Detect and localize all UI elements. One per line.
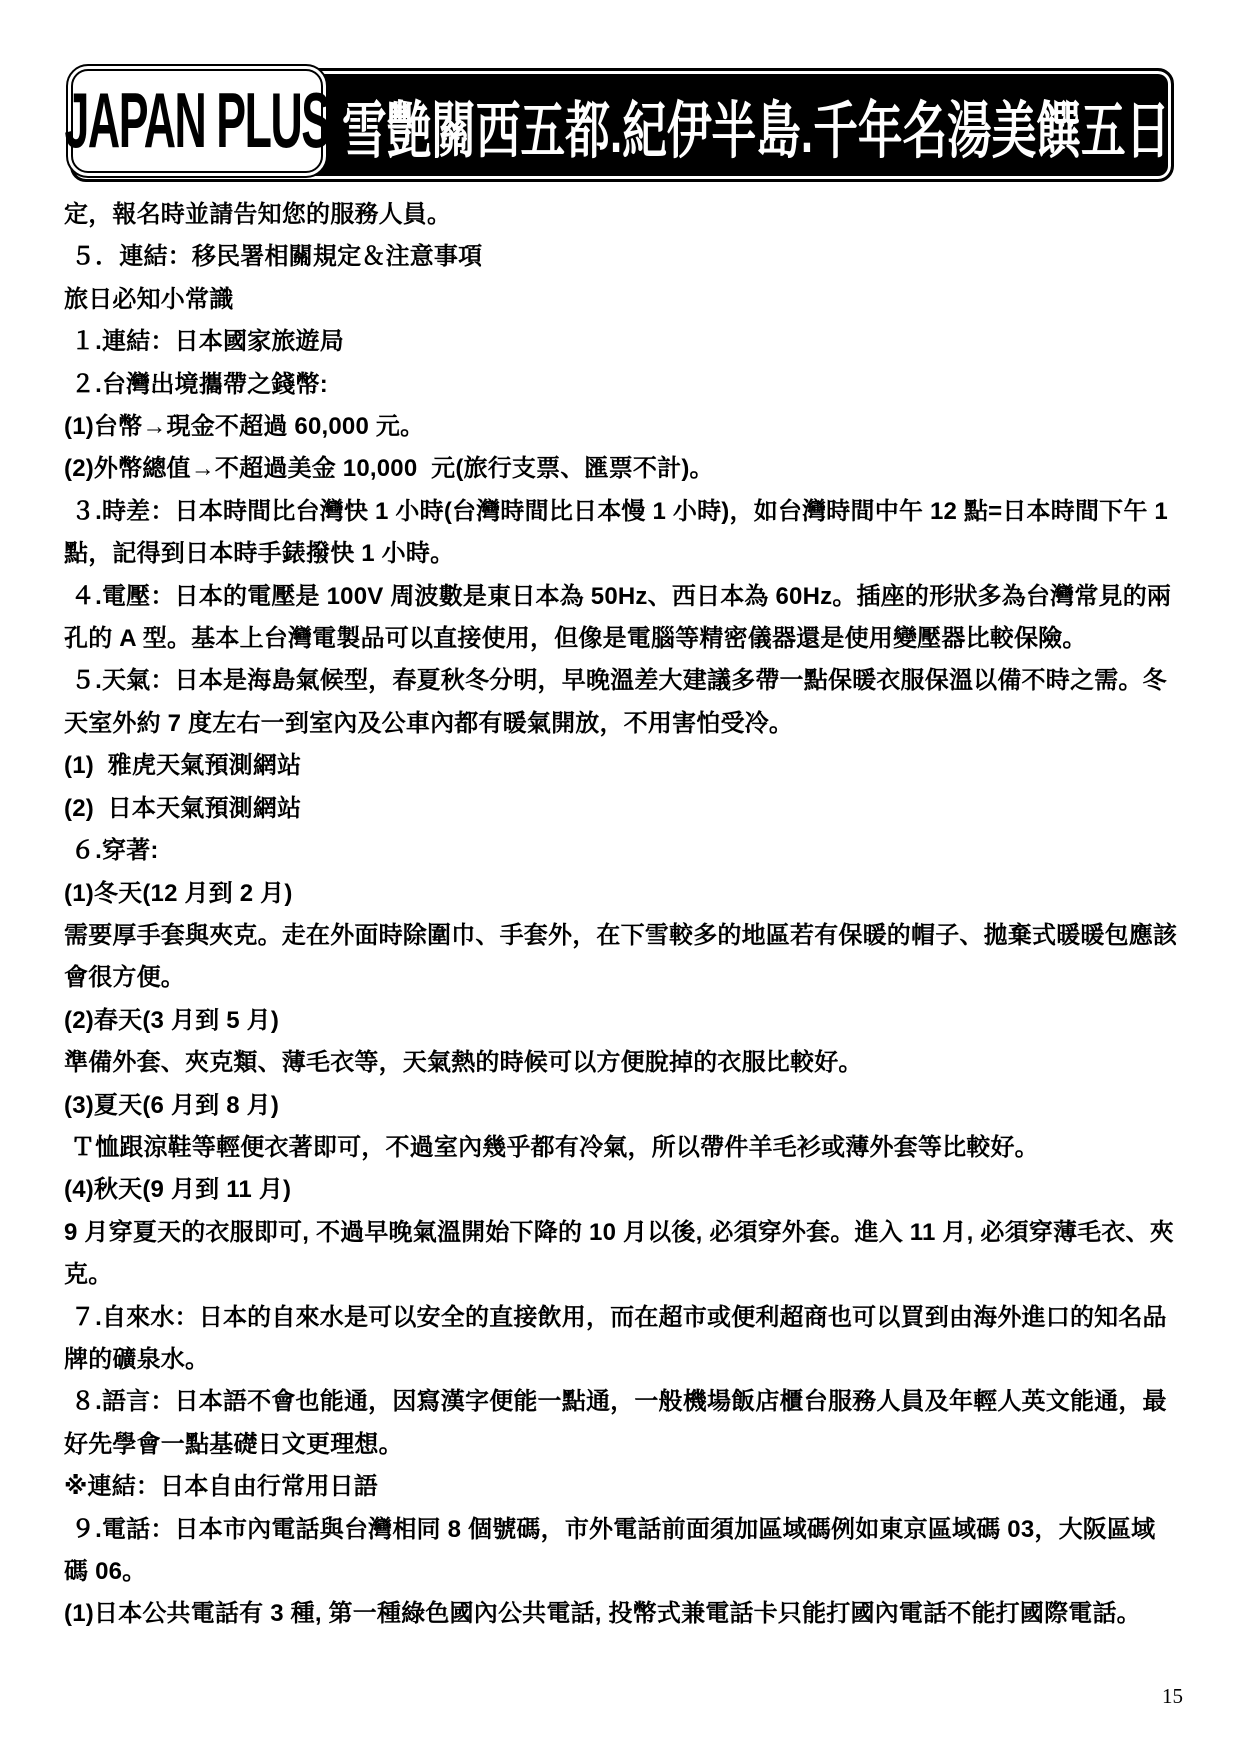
list-item-8-language: ８.語言：日本語不會也能通，因寫漢字便能一點通，一般機場飯店櫃台服務人員及年輕人… [64, 1381, 1178, 1466]
page-header: JAPAN PLUS 雪艷關西五都.紀伊半島.千年名湯美饌五日 [66, 64, 1174, 184]
paragraph-continuation: 定，報名時並請告知您的服務人員。 [64, 194, 1178, 236]
list-item-9-telephone: ９.電話：日本市內電話與台灣相同 8 個號碼，市外電話前面須加區域碼例如東京區域… [64, 1509, 1178, 1594]
sub-item-public-phone: (1)日本公共電話有 3 種, 第一種綠色國內公共電話, 投幣式兼電話卡只能打國… [64, 1593, 1178, 1635]
autumn-clothing-detail: 9 月穿夏天的衣服即可, 不過早晚氣溫開始下降的 10 月以後, 必須穿外套。進… [64, 1212, 1178, 1297]
document-page: JAPAN PLUS 雪艷關西五都.紀伊半島.千年名湯美饌五日 定，報名時並請告… [0, 0, 1241, 1755]
note-link-common-japanese: ※連結：日本自由行常用日語 [64, 1466, 1178, 1508]
sub-item-twd-limit: (1)台幣→現金不超過 60,000 元。 [64, 406, 1178, 448]
document-body: 定，報名時並請告知您的服務人員。 ５．連結：移民署相關規定＆注意事項 旅日必知小… [64, 194, 1178, 1636]
japan-plus-logo: JAPAN PLUS [66, 64, 328, 178]
list-item-5-link: ５．連結：移民署相關規定＆注意事項 [64, 236, 1178, 278]
summer-clothing-detail: Ｔ恤跟涼鞋等輕便衣著即可，不過室內幾乎都有冷氣，所以帶件羊毛衫或薄外套等比較好。 [64, 1127, 1178, 1169]
sub-item-yahoo-weather: (1) 雅虎天氣預測網站 [64, 745, 1178, 787]
list-item-3-time-difference: ３.時差：日本時間比台灣快 1 小時(台灣時間比日本慢 1 小時)，如台灣時間中… [64, 491, 1178, 576]
sub-item-winter: (1)冬天(12 月到 2 月) [64, 873, 1178, 915]
tour-title-container: 雪艷關西五都.紀伊半島.千年名湯美饌五日 [342, 70, 1241, 180]
list-item-5-weather: ５.天氣：日本是海島氣候型，春夏秋冬分明，早晚溫差大建議多帶一點保暖衣服保溫以備… [64, 660, 1178, 745]
list-item-6-clothing: ６.穿著: [64, 830, 1178, 872]
tour-title: 雪艷關西五都.紀伊半島.千年名湯美饌五日 [342, 81, 1170, 170]
sub-item-japan-weather: (2) 日本天氣預測網站 [64, 788, 1178, 830]
list-item-1-link: １.連結：日本國家旅遊局 [64, 321, 1178, 363]
spring-clothing-detail: 準備外套、夾克類、薄毛衣等，天氣熱的時候可以方便脫掉的衣服比較好。 [64, 1042, 1178, 1084]
section-heading-travel-tips: 旅日必知小常識 [64, 279, 1178, 321]
list-item-7-tap-water: ７.自來水：日本的自來水是可以安全的直接飲用，而在超市或便利超商也可以買到由海外… [64, 1297, 1178, 1382]
winter-clothing-detail: 需要厚手套與夾克。走在外面時除圍巾、手套外，在下雪較多的地區若有保暖的帽子、拋棄… [64, 915, 1178, 1000]
sub-item-summer: (3)夏天(6 月到 8 月) [64, 1085, 1178, 1127]
sub-item-autumn: (4)秋天(9 月到 11 月) [64, 1169, 1178, 1211]
logo-text: JAPAN PLUS [64, 77, 329, 166]
sub-item-foreign-currency-limit: (2)外幣總值→不超過美金 10,000 元(旅行支票、匯票不計)。 [64, 448, 1178, 490]
page-number: 15 [1162, 1684, 1183, 1709]
list-item-2-currency: ２.台灣出境攜帶之錢幣: [64, 364, 1178, 406]
list-item-4-voltage: ４.電壓：日本的電壓是 100V 周波數是東日本為 50Hz、西日本為 60Hz… [64, 576, 1178, 661]
sub-item-spring: (2)春天(3 月到 5 月) [64, 1000, 1178, 1042]
